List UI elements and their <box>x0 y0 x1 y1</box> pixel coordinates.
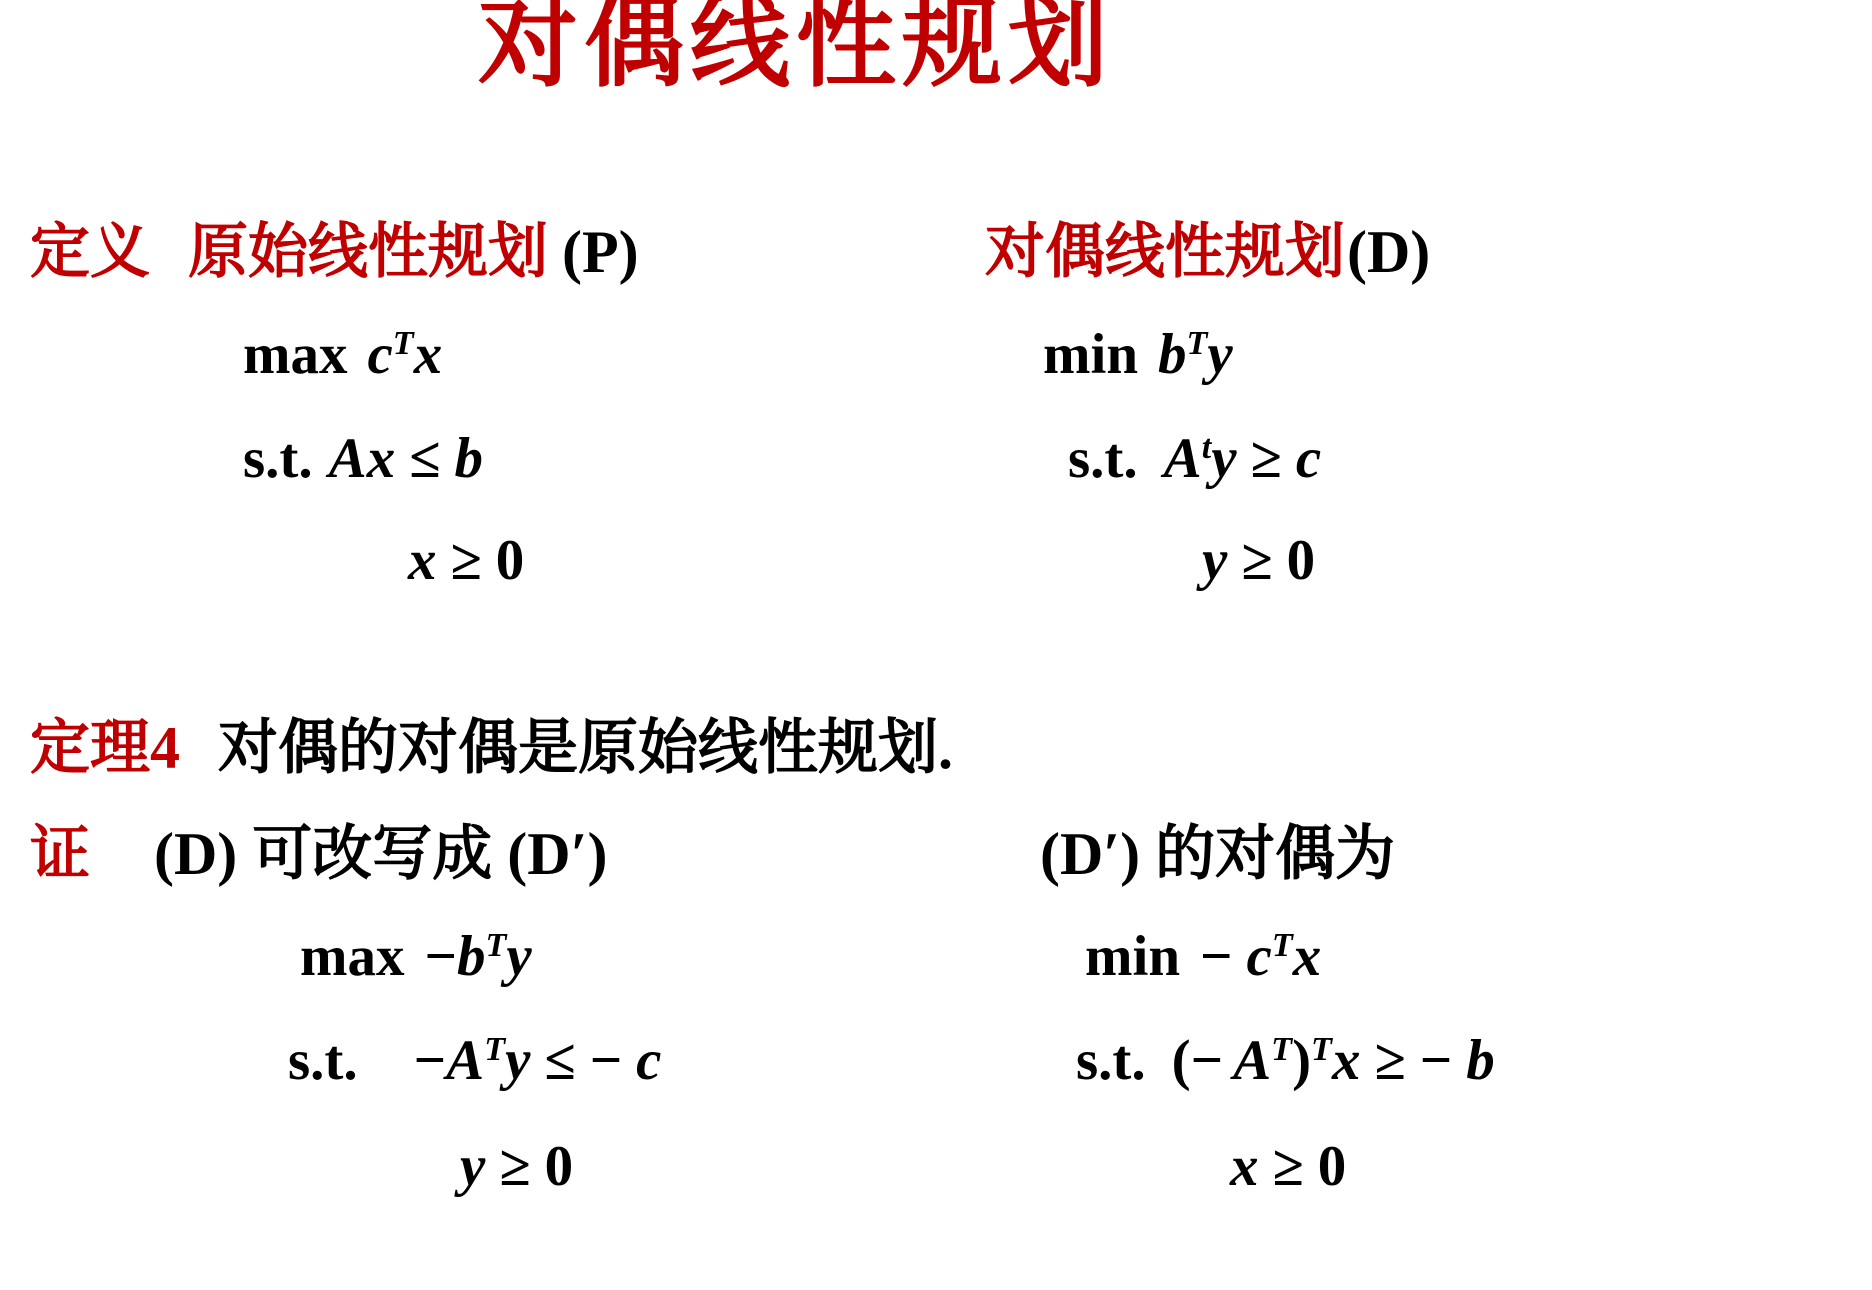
dprime-constraint-sup: T <box>484 1033 505 1067</box>
theorem-label: 定理4 <box>30 715 180 781</box>
dprime-objective-op: max <box>300 925 404 988</box>
primal-nonneg-var: x <box>408 529 437 592</box>
primal-objective-var: x <box>414 323 443 386</box>
primal-objective-sup: T <box>393 327 414 361</box>
proof-intro-right: (D′) 的对偶为 <box>1040 824 1395 884</box>
dprime-objective-coeff: b <box>457 925 486 988</box>
primal-constraint-lhs: Ax <box>329 427 396 490</box>
geq-symbol: ≥ <box>1241 529 1272 592</box>
dod-objective-op: min <box>1085 925 1180 988</box>
slide-title: 对偶线性规划 <box>478 0 1114 94</box>
proof-left-intro: (D) 可改写成 (D′) <box>154 821 607 887</box>
proof-right-intro: (D′) 的对偶为 <box>1040 821 1395 887</box>
dprime-constraint: s.t.−ATy≤−c <box>288 1032 661 1089</box>
dual-objective-op: min <box>1043 323 1138 386</box>
primal-objective-op: max <box>243 323 347 386</box>
dual-objective: minbTy <box>1043 326 1233 383</box>
dual-constraint-sup: t <box>1202 431 1212 465</box>
dprime-constraint-matrix: A <box>446 1029 484 1092</box>
dual-constraint: s.t.Aty≥c <box>1068 430 1321 487</box>
open-paren-minus: (− <box>1172 1029 1223 1092</box>
dprime-objective: max−bTy <box>300 928 532 985</box>
dual-objective-coeff: b <box>1158 323 1187 386</box>
definition-heading-primal: 定义原始线性规划(P) <box>30 222 639 282</box>
minus-sign: − <box>414 1029 446 1092</box>
dual-constraint-matrix: A <box>1164 427 1202 490</box>
dprime-nonneg-var: y <box>460 1135 485 1198</box>
dod-objective-var: x <box>1293 925 1322 988</box>
dod-constraint-var: x <box>1332 1029 1361 1092</box>
proof-label: 证 <box>30 821 90 887</box>
dprime-objective-sup: T <box>485 929 506 963</box>
minus-sign: − <box>590 1029 622 1092</box>
dual-st-label: s.t. <box>1068 427 1138 490</box>
primal-nonneg-zero: 0 <box>496 529 525 592</box>
dual-nonnegativity: y≥0 <box>1202 532 1315 589</box>
dprime-objective-var: y <box>506 925 531 988</box>
dprime-nonneg-zero: 0 <box>545 1135 574 1198</box>
dod-constraint-inner-sup: T <box>1271 1033 1292 1067</box>
dod-constraint-rhs: b <box>1466 1029 1495 1092</box>
primal-constraint: s.t.Ax≤b <box>243 430 483 487</box>
theorem-statement: 对偶的对偶是原始线性规划. <box>218 715 953 781</box>
dod-constraint-matrix: A <box>1233 1029 1271 1092</box>
geq-symbol: ≥ <box>451 529 482 592</box>
dod-objective-sup: T <box>1272 929 1293 963</box>
primal-st-label: s.t. <box>243 427 313 490</box>
minus-sign: − <box>1200 925 1232 988</box>
primal-tag: (P) <box>562 219 639 285</box>
geq-symbol: ≥ <box>1374 1029 1405 1092</box>
primal-heading: 原始线性规划 <box>188 219 548 285</box>
close-paren: ) <box>1292 1029 1311 1092</box>
primal-objective: maxcTx <box>243 326 442 383</box>
definition-heading-dual: 对偶线性规划(D) <box>985 222 1430 282</box>
dual-objective-sup: T <box>1187 327 1208 361</box>
dod-nonnegativity: x≥0 <box>1230 1138 1346 1195</box>
geq-symbol: ≥ <box>1273 1135 1304 1198</box>
geq-symbol: ≥ <box>1251 427 1282 490</box>
dod-constraint: s.t.(−AT)Tx≥−b <box>1076 1032 1495 1089</box>
slide: 对偶线性规划 定义原始线性规划(P) 对偶线性规划(D) maxcTx minb… <box>0 0 1872 1290</box>
dprime-constraint-var: y <box>505 1029 530 1092</box>
dod-st-label: s.t. <box>1076 1029 1146 1092</box>
definition-label: 定义 <box>30 219 150 285</box>
dual-tag: (D) <box>1347 219 1430 285</box>
minus-sign: − <box>1420 1029 1452 1092</box>
proof-intro-left: 证(D) 可改写成 (D′) <box>30 824 607 884</box>
primal-objective-coeff: c <box>367 323 392 386</box>
primal-nonnegativity: x≥0 <box>408 532 524 589</box>
dod-objective: min−cTx <box>1085 928 1321 985</box>
primal-constraint-rhs: b <box>455 427 484 490</box>
dod-nonneg-var: x <box>1230 1135 1259 1198</box>
dprime-st-label: s.t. <box>288 1029 358 1092</box>
dual-objective-var: y <box>1207 323 1232 386</box>
dod-objective-coeff: c <box>1247 925 1272 988</box>
dual-constraint-var: y <box>1211 427 1236 490</box>
dprime-constraint-rhs: c <box>636 1029 661 1092</box>
dual-nonneg-var: y <box>1202 529 1227 592</box>
theorem-line: 定理4对偶的对偶是原始线性规划. <box>30 718 953 778</box>
dod-nonneg-zero: 0 <box>1318 1135 1347 1198</box>
minus-sign: − <box>424 925 456 988</box>
leq-symbol: ≤ <box>544 1029 575 1092</box>
dprime-nonnegativity: y≥0 <box>460 1138 573 1195</box>
dual-constraint-rhs: c <box>1296 427 1321 490</box>
dual-nonneg-zero: 0 <box>1287 529 1316 592</box>
dod-constraint-outer-sup: T <box>1311 1033 1332 1067</box>
geq-symbol: ≥ <box>499 1135 530 1198</box>
dual-heading: 对偶线性规划 <box>985 219 1345 285</box>
leq-symbol: ≤ <box>409 427 440 490</box>
